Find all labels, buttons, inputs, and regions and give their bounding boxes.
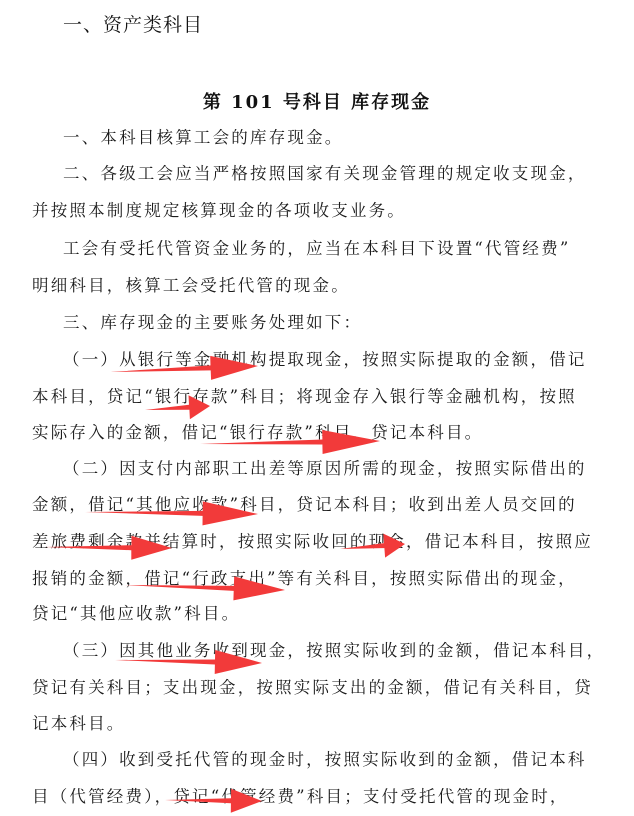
- text-line: 差旅费剩余款并结算时，按照实际收回的现金，借记本科目，按照应: [32, 528, 593, 552]
- text-line: （四）收到受托代管的现金时，按照实际收到的金额，借记本科: [63, 746, 587, 770]
- text-line: 贷记有关科目；支出现金，按照实际支出的金额，借记有关科目，贷: [32, 674, 593, 698]
- subject-title: 第 101 号科目 库存现金: [0, 88, 634, 114]
- text-line: 一、本科目核算工会的库存现金。: [63, 124, 344, 148]
- text-line: （三）因其他业务收到现金，按照实际收到的金额，借记本科目，: [63, 637, 605, 661]
- text-line: 并按照本制度规定核算现金的各项收支业务。: [32, 197, 406, 221]
- text-line: 明细科目，核算工会受托代管的现金。: [32, 272, 350, 296]
- text-line: 二、各级工会应当严格按照国家有关现金管理的规定收支现金，: [63, 160, 587, 184]
- text-line: （二）因支付内部职工出差等原因所需的现金，按照实际借出的: [63, 455, 587, 479]
- text-line: 金额，借记“其他应收款”科目，贷记本科目；收到出差人员交回的: [32, 491, 577, 515]
- text-line: 本科目，贷记“银行存款”科目；将现金存入银行等金融机构，按照: [32, 383, 577, 407]
- text-line: （一）从银行等金融机构提取现金，按照实际提取的金额，借记: [63, 346, 587, 370]
- text-line: 贷记“其他应收款”科目。: [32, 600, 240, 624]
- text-line: 实际存入的金额，借记“银行存款”科目，贷记本科目。: [32, 419, 483, 443]
- text-line: 工会有受托代管资金业务的，应当在本科目下设置“代管经费”: [63, 235, 570, 259]
- text-line: 三、库存现金的主要账务处理如下：: [63, 309, 362, 333]
- text-line: 目（代管经费），贷记“代管经费”科目；支付受托代管的现金时，: [32, 783, 569, 807]
- text-line: 报销的金额，借记“行政支出”等有关科目，按照实际借出的现金，: [32, 565, 577, 589]
- text-line: 记本科目。: [32, 710, 126, 734]
- section-heading: 一、资产类科目: [63, 10, 203, 37]
